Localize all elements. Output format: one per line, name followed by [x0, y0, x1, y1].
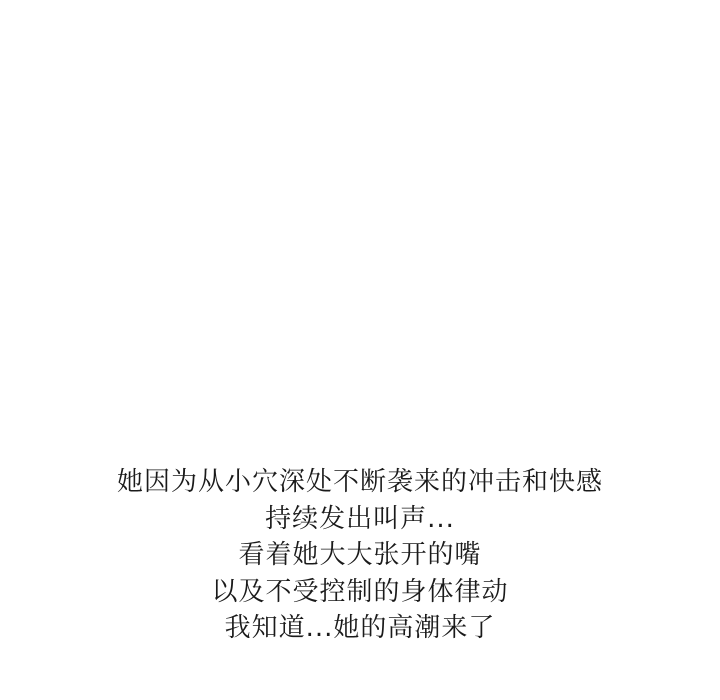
caption-line: 持续发出叫声... [0, 501, 720, 538]
caption-block: 她因为从小穴深处不断袭来的冲击和快感 持续发出叫声... 看着她大大张开的嘴 以… [0, 464, 720, 647]
caption-line: 她因为从小穴深处不断袭来的冲击和快感 [0, 464, 720, 501]
comic-page: 她因为从小穴深处不断袭来的冲击和快感 持续发出叫声... 看着她大大张开的嘴 以… [0, 0, 720, 700]
caption-line: 看着她大大张开的嘴 [0, 537, 720, 574]
caption-line: 我知道...她的高潮来了 [0, 610, 720, 647]
caption-line: 以及不受控制的身体律动 [0, 574, 720, 611]
